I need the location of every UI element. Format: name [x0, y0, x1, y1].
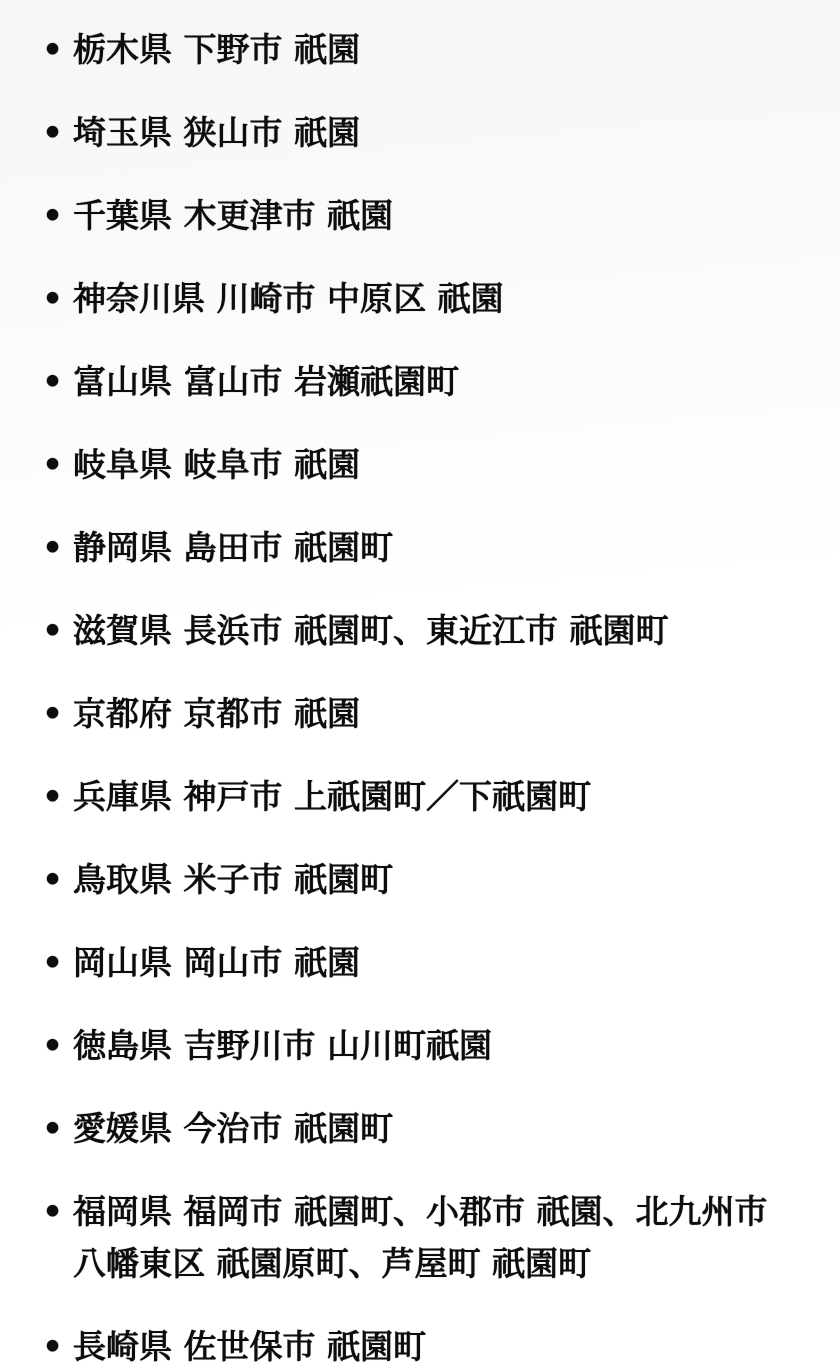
location-text: 愛媛県 今治市 祇園町	[73, 1109, 393, 1148]
location-text: 静岡県 島田市 祇園町	[73, 528, 393, 567]
list-item: • 静岡県 島田市 祇園町	[0, 522, 788, 574]
list-item: • 福岡県 福岡市 祇園町、小郡市 祇園、北九州市 八幡東区 祇園原町、芦屋町 …	[0, 1186, 788, 1290]
bullet-icon: •	[42, 1186, 66, 1238]
location-text: 福岡県 福岡市 祇園町、小郡市 祇園、北九州市 八幡東区 祇園原町、芦屋町 祇園…	[73, 1192, 767, 1283]
bullet-icon: •	[42, 439, 66, 491]
location-text: 滋賀県 長浜市 祇園町、東近江市 祇園町	[73, 611, 668, 650]
location-text: 千葉県 木更津市 祇園	[73, 196, 393, 235]
location-text: 徳島県 吉野川市 山川町祇園	[73, 1026, 492, 1065]
location-text: 長崎県 佐世保市 祇園町	[73, 1327, 426, 1366]
list-item: • 長崎県 佐世保市 祇園町	[0, 1321, 788, 1367]
location-text: 栃木県 下野市 祇園	[73, 30, 360, 69]
list-item: • 京都府 京都市 祇園	[0, 688, 788, 740]
location-text: 神奈川県 川崎市 中原区 祇園	[73, 279, 503, 318]
list-item: • 愛媛県 今治市 祇園町	[0, 1103, 788, 1155]
bullet-icon: •	[42, 24, 66, 76]
bullet-icon: •	[42, 937, 66, 989]
list-item: • 鳥取県 米子市 祇園町	[0, 854, 788, 906]
location-text: 京都府 京都市 祇園	[73, 694, 360, 733]
list-item: • 岡山県 岡山市 祇園	[0, 937, 788, 989]
bullet-icon: •	[42, 273, 66, 325]
list-item: • 千葉県 木更津市 祇園	[0, 190, 788, 242]
list-item: • 兵庫県 神戸市 上祇園町／下祇園町	[0, 771, 788, 823]
list-item: • 滋賀県 長浜市 祇園町、東近江市 祇園町	[0, 605, 788, 657]
list-item: • 埼玉県 狭山市 祇園	[0, 107, 788, 159]
list-item: • 岐阜県 岐阜市 祇園	[0, 439, 788, 491]
bullet-icon: •	[42, 190, 66, 242]
location-text: 鳥取県 米子市 祇園町	[73, 860, 393, 899]
location-text: 兵庫県 神戸市 上祇園町／下祇園町	[73, 777, 591, 816]
list-item: • 徳島県 吉野川市 山川町祇園	[0, 1020, 788, 1072]
location-text: 岐阜県 岐阜市 祇園	[73, 445, 360, 484]
list-item: • 栃木県 下野市 祇園	[0, 24, 788, 76]
gion-location-list: • 栃木県 下野市 祇園 • 埼玉県 狭山市 祇園 • 千葉県 木更津市 祇園 …	[0, 24, 840, 1367]
bullet-icon: •	[42, 1103, 66, 1155]
list-item: • 神奈川県 川崎市 中原区 祇園	[0, 273, 788, 325]
gion-location-list-container: • 栃木県 下野市 祇園 • 埼玉県 狭山市 祇園 • 千葉県 木更津市 祇園 …	[0, 0, 840, 1367]
bullet-icon: •	[42, 605, 66, 657]
location-text: 埼玉県 狭山市 祇園	[73, 113, 360, 152]
location-text: 岡山県 岡山市 祇園	[73, 943, 360, 982]
bullet-icon: •	[42, 771, 66, 823]
bullet-icon: •	[42, 1321, 66, 1367]
bullet-icon: •	[42, 522, 66, 574]
list-item: • 富山県 富山市 岩瀬祇園町	[0, 356, 788, 408]
location-text: 富山県 富山市 岩瀬祇園町	[73, 362, 459, 401]
bullet-icon: •	[42, 356, 66, 408]
bullet-icon: •	[42, 688, 66, 740]
bullet-icon: •	[42, 1020, 66, 1072]
bullet-icon: •	[42, 107, 66, 159]
bullet-icon: •	[42, 854, 66, 906]
